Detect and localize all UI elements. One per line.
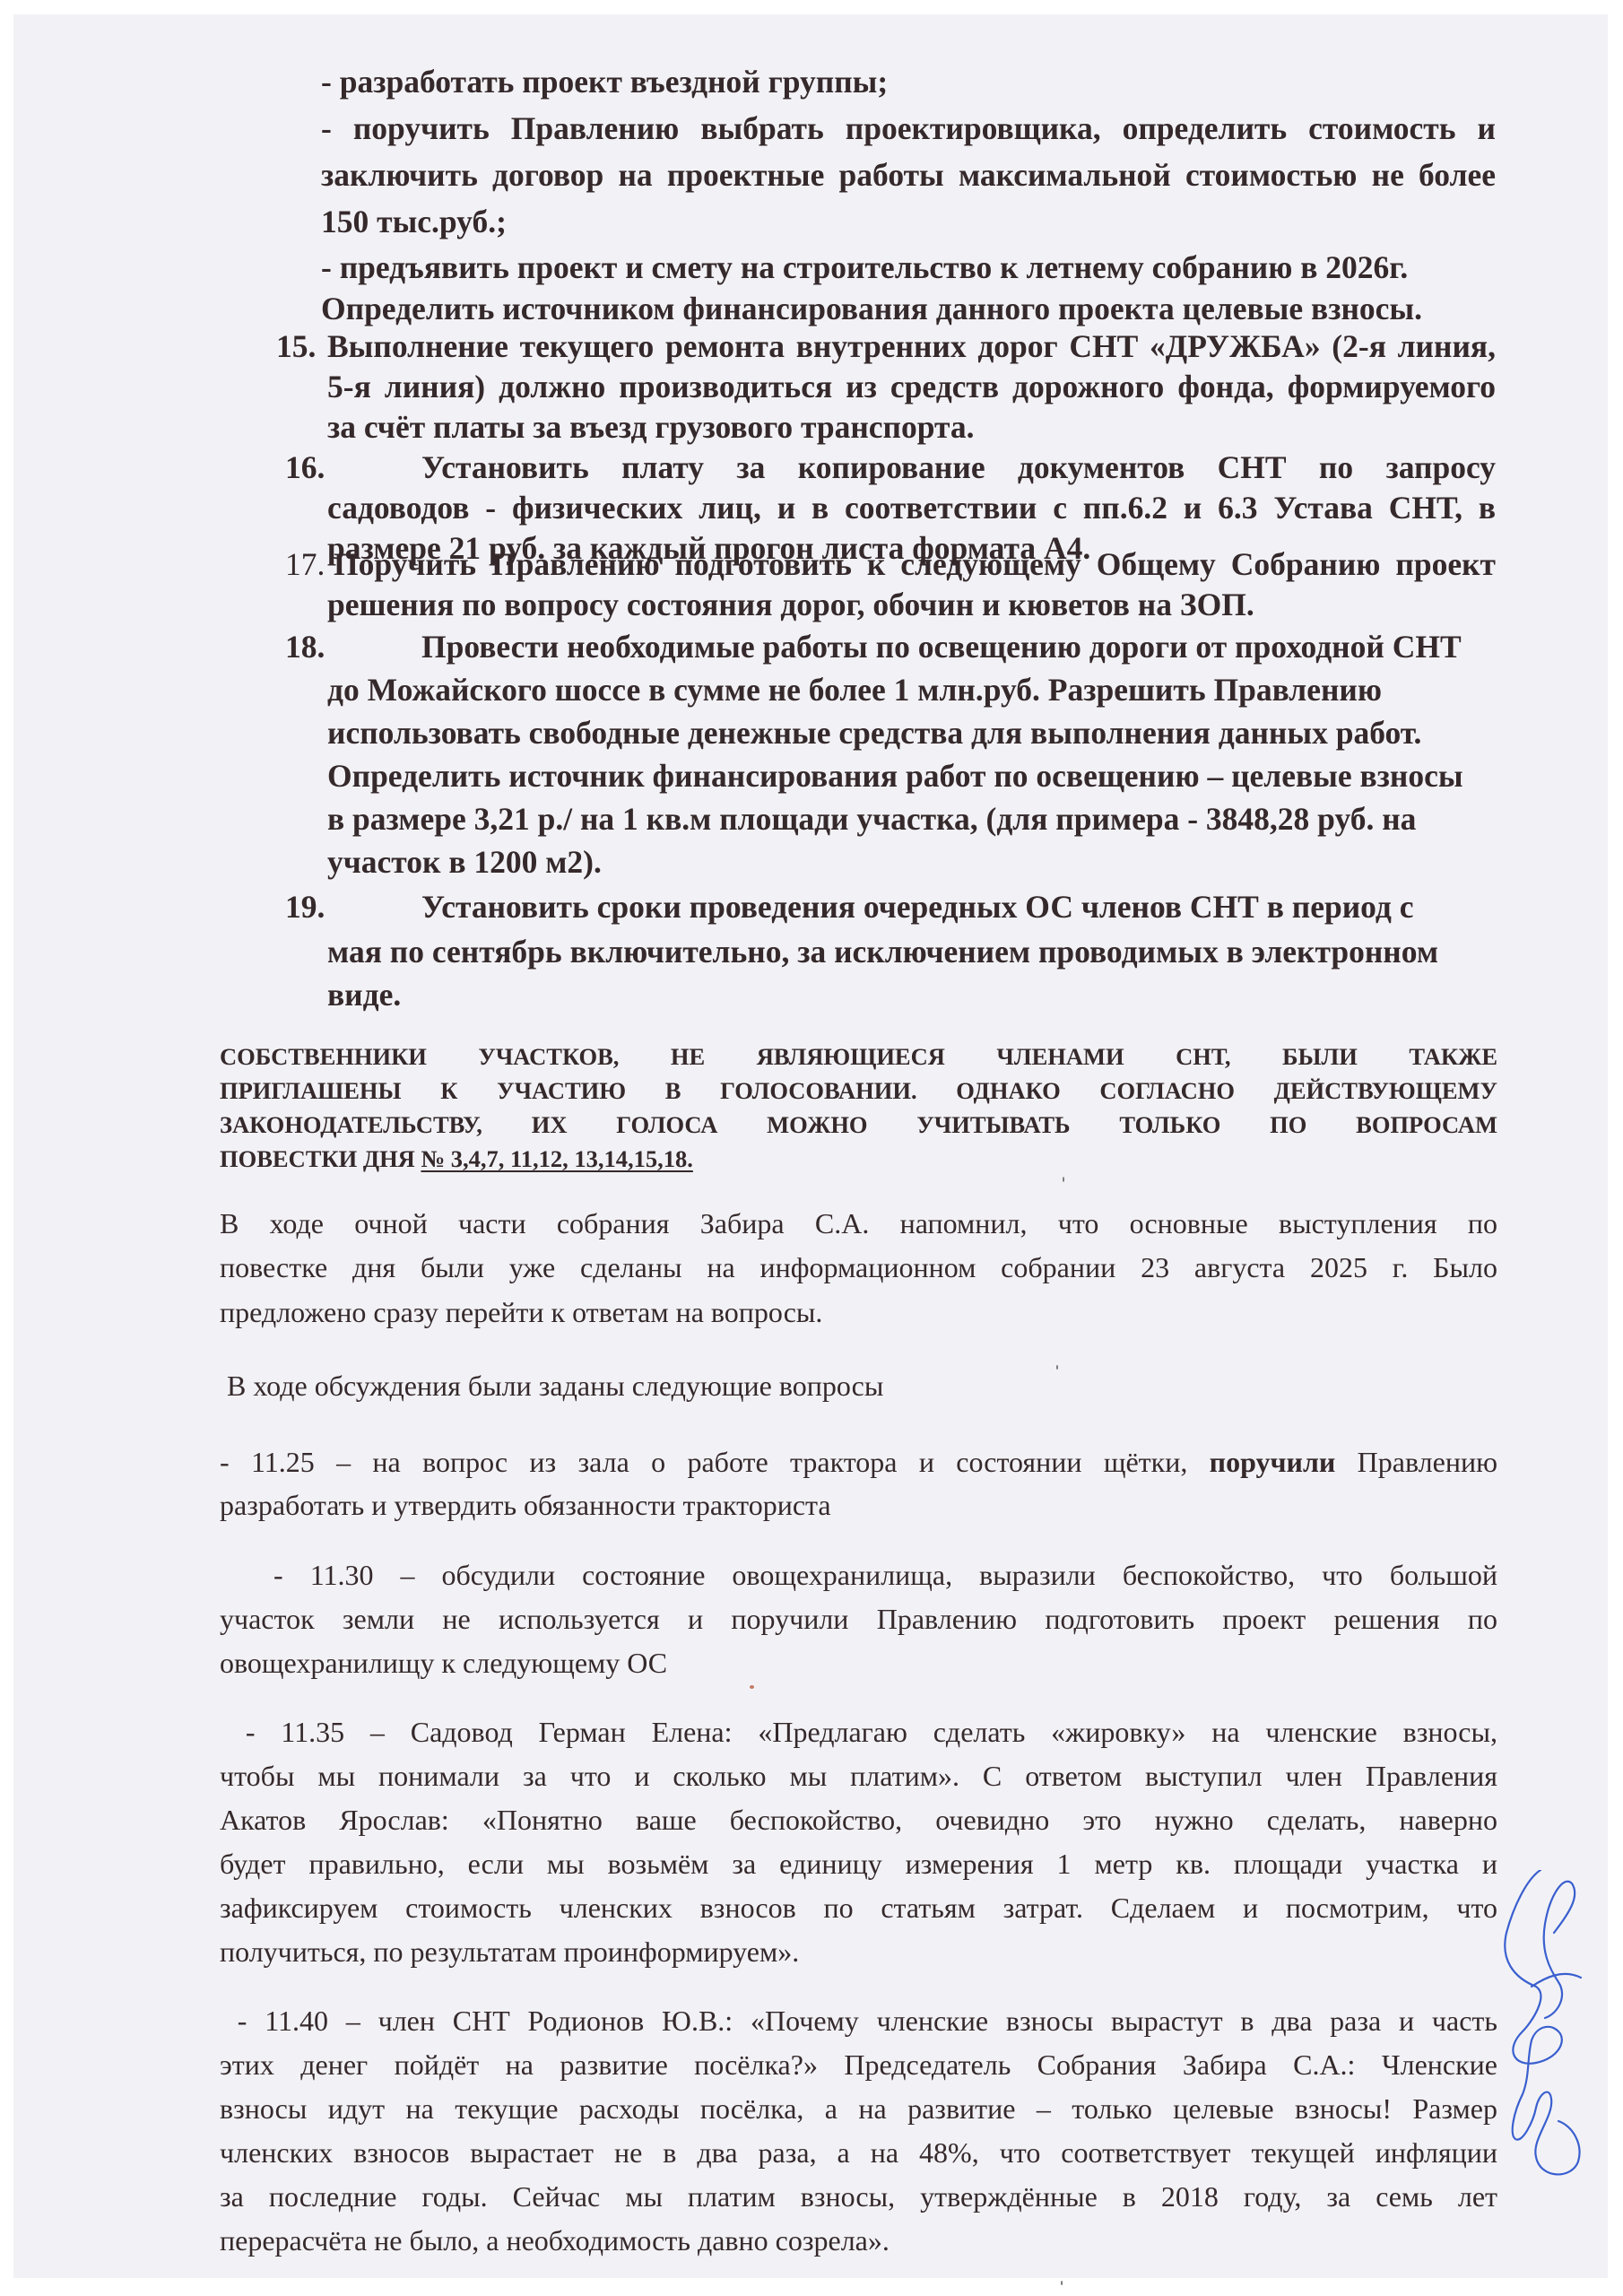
item-number: 16.	[285, 448, 325, 486]
text-line: в размере 3,21 р./ на 1 кв.м площади уча…	[327, 800, 1416, 838]
text-line: Определить источник финансирования работ…	[327, 757, 1463, 795]
bold-keyword: поручили	[1210, 1446, 1336, 1478]
text-line: Установить плату за копирование документ…	[421, 448, 1496, 486]
text-line: участок земли не используется и поручили…	[220, 1603, 1497, 1636]
scan-artifact	[750, 1685, 754, 1689]
text-line: Акатов Ярослав: «Понятно ваше беспокойст…	[220, 1804, 1497, 1837]
text-line: ПОВЕСТКИ ДНЯ № 3,4,7, 11,12, 13,14,15,18…	[220, 1145, 693, 1173]
text-line: чтобы мы понимали за что и сколько мы пл…	[220, 1760, 1497, 1793]
text-line: садоводов - физических лиц, и в соответс…	[327, 489, 1496, 526]
text-line: В ходе очной части собрания Забира С.А. …	[220, 1207, 1497, 1240]
scan-artifact	[1063, 1177, 1064, 1182]
text-line: - разработать проект въездной группы;	[321, 63, 888, 100]
text-line: будет правильно, если мы возьмём за един…	[220, 1848, 1497, 1881]
text-line: виде.	[327, 976, 401, 1013]
item-number: 18.	[285, 628, 325, 665]
item-number: 17.	[285, 545, 325, 583]
text-line: Выполнение текущего ремонта внутренних д…	[327, 327, 1496, 365]
text-line: - 11.30 – обсудили состояние овощехранил…	[220, 1559, 1497, 1592]
text-segment: - 11.25 – на вопрос из зала о работе тра…	[220, 1446, 1210, 1478]
scan-artifact	[1061, 2281, 1063, 2285]
text-line: овощехранилищу к следующему ОС	[220, 1647, 667, 1680]
text-line: взносы идут на текущие расходы посёлка, …	[220, 2092, 1497, 2126]
notice-prefix: ПОВЕСТКИ ДНЯ	[220, 1145, 421, 1172]
item-number: 15.	[276, 327, 316, 365]
text-line: предложено сразу перейти к ответам на во…	[220, 1296, 822, 1329]
text-line: решения по вопросу состояния дорог, обоч…	[327, 586, 1254, 623]
text-line: участок в 1200 м2).	[327, 843, 602, 881]
text-line: разработать и утвердить обязанности трак…	[220, 1489, 831, 1522]
text-line: ПРИГЛАШЕНЫ К УЧАСТИЮ В ГОЛОСОВАНИИ. ОДНА…	[220, 1077, 1497, 1105]
text-line: заключить договор на проектные работы ма…	[321, 156, 1496, 194]
text-segment: Правлению	[1335, 1446, 1497, 1478]
text-line: ЗАКОНОДАТЕЛЬСТВУ, ИХ ГОЛОСА МОЖНО УЧИТЫВ…	[220, 1111, 1497, 1139]
item-number: 19.	[285, 888, 325, 926]
text-line: Установить сроки проведения очередных ОС…	[421, 888, 1413, 926]
text-line: - 11.25 – на вопрос из зала о работе тра…	[220, 1446, 1497, 1479]
text-line: - 11.35 – Садовод Герман Елена: «Предлаг…	[220, 1716, 1497, 1749]
text-line: получиться, по результатам проинформируе…	[220, 1935, 799, 1969]
text-line: повестке дня были уже сделаны на информа…	[220, 1251, 1497, 1284]
text-line: Провести необходимые работы по освещению…	[421, 628, 1462, 665]
text-line: перерасчёта не было, а необходимость дав…	[220, 2224, 890, 2257]
text-line: 5-я линия) должно производиться из средс…	[327, 368, 1496, 405]
text-line: - предъявить проект и смету на строитель…	[321, 248, 1408, 286]
text-line: 150 тыс.руб.;	[321, 203, 507, 240]
handwritten-signature-icon	[1496, 1870, 1594, 2197]
scan-artifact	[1056, 1365, 1058, 1370]
text-line: мая по сентябрь включительно, за исключе…	[327, 933, 1438, 970]
text-line: - 11.40 – член СНТ Родионов Ю.В.: «Почем…	[220, 2005, 1497, 2038]
text-line: СОБСТВЕННИКИ УЧАСТКОВ, НЕ ЯВЛЯЮЩИЕСЯ ЧЛЕ…	[220, 1043, 1497, 1071]
text-line: зафиксируем стоимость членских взносов п…	[220, 1892, 1497, 1925]
questions-heading: В ходе обсуждения были заданы следующие …	[220, 1370, 883, 1403]
text-line: за последние годы. Сейчас мы платим взно…	[220, 2180, 1497, 2213]
text-line: членских взносов вырастает не в два раза…	[220, 2136, 1497, 2170]
text-line: за счёт платы за въезд грузового транспо…	[327, 408, 975, 446]
text-line: Поручить Правлению подготовить к следующ…	[334, 545, 1496, 583]
text-line: до Можайского шоссе в сумме не более 1 м…	[327, 671, 1382, 709]
agenda-items-underlined: № 3,4,7, 11,12, 13,14,15,18.	[421, 1145, 692, 1172]
text-line: - поручить Правлению выбрать проектировщ…	[321, 109, 1496, 147]
text-line: этих денег пойдёт на развитие посёлка?» …	[220, 2048, 1497, 2082]
text-line: использовать свободные денежные средства…	[327, 714, 1421, 752]
text-line: Определить источником финансирования дан…	[321, 290, 1422, 327]
